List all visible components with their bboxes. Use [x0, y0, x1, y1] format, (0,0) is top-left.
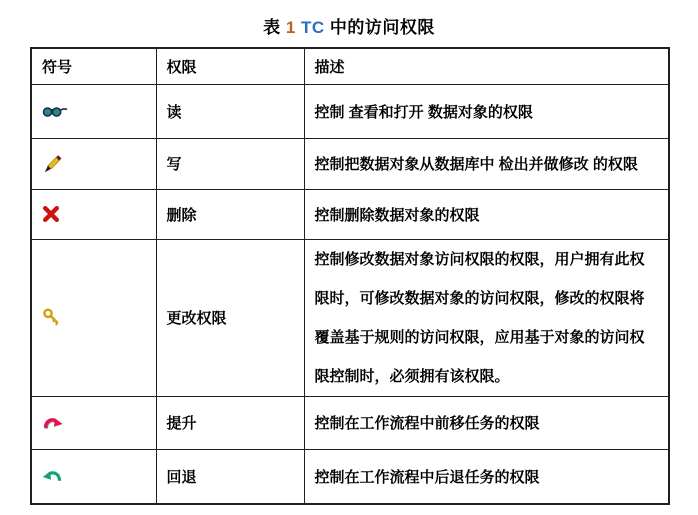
table-row-read: 读 控制 查看和打开 数据对象的权限	[31, 84, 669, 138]
permission-cell: 回退	[156, 449, 304, 504]
description-cell: 控制在工作流程中前移任务的权限	[304, 396, 669, 449]
table-title-number: 1	[286, 18, 301, 37]
glasses-icon	[42, 104, 69, 118]
table-row-demote: 回退 控制在工作流程中后退任务的权限	[31, 449, 669, 504]
promote-arrow-icon	[42, 414, 64, 432]
table-row-write: 写 控制把数据对象从数据库中 检出并做修改 的权限	[31, 138, 669, 189]
table-title-system: TC	[301, 18, 330, 37]
permission-cell: 删除	[156, 189, 304, 239]
table-title-prefix: 表	[263, 18, 286, 37]
header-permission: 权限	[156, 48, 304, 84]
header-description: 描述	[304, 48, 669, 84]
table-title-suffix: 中的访问权限	[330, 18, 435, 37]
demote-arrow-icon	[42, 467, 64, 485]
pencil-icon	[42, 153, 63, 175]
permission-cell: 更改权限	[156, 239, 304, 396]
description-cell: 控制 查看和打开 数据对象的权限	[304, 84, 669, 138]
table-title: 表 1 TC 中的访问权限	[0, 13, 698, 38]
access-permissions-table: 符号 权限 描述 读 控制 查看和打开 数据对象的权限	[30, 47, 670, 505]
table-row-delete: 删除 控制删除数据对象的权限	[31, 189, 669, 239]
symbol-cell	[31, 189, 156, 239]
description-cell: 控制把数据对象从数据库中 检出并做修改 的权限	[304, 138, 669, 189]
description-cell: 控制在工作流程中后退任务的权限	[304, 449, 669, 504]
description-cell: 控制删除数据对象的权限	[304, 189, 669, 239]
permission-cell: 读	[156, 84, 304, 138]
key-icon	[42, 307, 63, 328]
symbol-cell	[31, 239, 156, 396]
table-row-promote: 提升 控制在工作流程中前移任务的权限	[31, 396, 669, 449]
table-header-row: 符号 权限 描述	[31, 48, 669, 84]
description-cell: 控制修改数据对象访问权限的权限，用户拥有此权限时，可修改数据对象的访问权限，修改…	[304, 239, 669, 396]
symbol-cell	[31, 138, 156, 189]
permission-cell: 提升	[156, 396, 304, 449]
permission-cell: 写	[156, 138, 304, 189]
symbol-cell	[31, 84, 156, 138]
header-symbol: 符号	[31, 48, 156, 84]
delete-x-icon	[42, 205, 60, 223]
table-row-change-permission: 更改权限 控制修改数据对象访问权限的权限，用户拥有此权限时，可修改数据对象的访问…	[31, 239, 669, 396]
symbol-cell	[31, 449, 156, 504]
symbol-cell	[31, 396, 156, 449]
